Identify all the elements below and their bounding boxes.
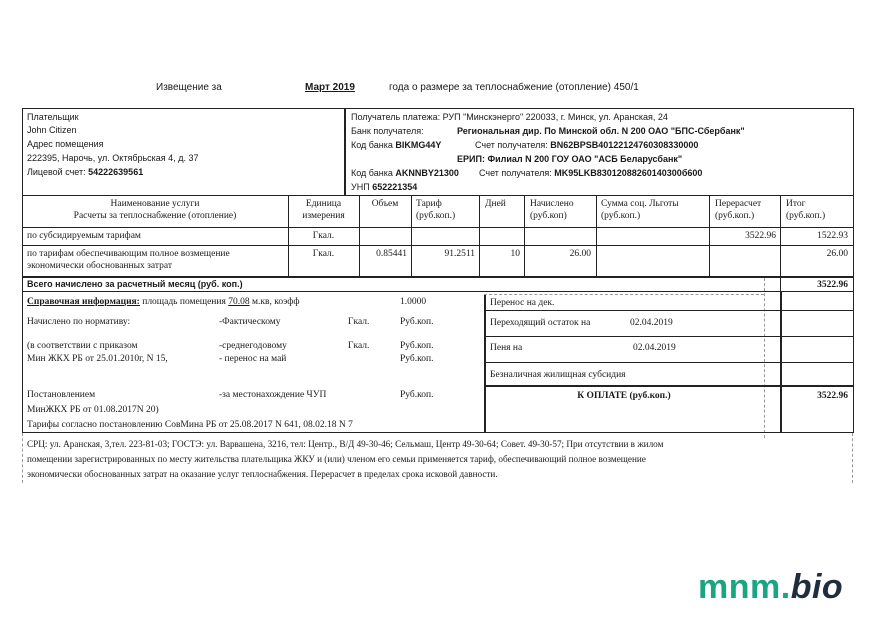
carryover-date: 02.04.2019 — [630, 317, 673, 329]
watermark-logo: mnm.bio — [698, 568, 843, 607]
recipient-line: Получатель платежа: РУП "Минскэнерго" 22… — [351, 111, 668, 124]
penalty-label: Пеня на — [490, 342, 522, 354]
row2-volume: 0.85441 — [359, 248, 407, 260]
transfer-may: - перенос на май — [219, 353, 286, 365]
normative-label: Начислено по нормативу: — [27, 316, 130, 328]
footer-line3: экономически обоснованных затрат на оказ… — [27, 468, 498, 480]
recipient-bank-code2-row: Код банка AKNNBY21300 — [351, 167, 459, 180]
transfer-dec: Перенос на дек. — [490, 297, 554, 309]
location-label: -за местонахождение ЧУП — [219, 389, 326, 401]
grand-total-label: Всего начислено за расчетный месяц (руб.… — [27, 278, 243, 291]
col-header-recalc: Перерасчет(руб.коп.) — [715, 198, 761, 222]
row1-total: 1522.93 — [780, 230, 848, 242]
address-label: Адрес помещения — [27, 138, 104, 151]
row2-unit: Гкал. — [288, 248, 359, 260]
recipient-account-label: Счет получателя: — [475, 140, 548, 150]
payer-account: Лицевой счет: 54222639561 — [27, 166, 143, 179]
col-header-tariff: Тариф(руб.коп.) — [416, 198, 455, 222]
recipient-erip: ЕРИП: Филиал N 200 ГОУ ОАО "АСБ Беларусб… — [457, 153, 682, 166]
col-header-total: Итог(руб.коп.) — [786, 198, 825, 222]
to-pay-value: 3522.96 — [780, 390, 848, 402]
recipient-account2-label: Счет получателя: — [479, 168, 552, 178]
footer-line2: помещении зарегистрированных по месту жи… — [27, 453, 646, 465]
unp: 652221354 — [372, 182, 417, 192]
to-pay-label: К ОПЛАТЕ (руб.коп.) — [484, 390, 764, 402]
money2: Руб.коп. — [400, 340, 433, 352]
penalty-date: 02.04.2019 — [633, 342, 676, 354]
payer-account-number: 54222639561 — [88, 167, 143, 177]
order-line2: Мин ЖКХ РБ от 25.01.2010г, N 15, — [27, 353, 168, 365]
col-header-charged: Начислено(руб.коп) — [530, 198, 574, 222]
carryover-label: Переходящий остаток на — [490, 317, 590, 329]
unit2: Гкал. — [348, 340, 369, 352]
footer-line1: СРЦ: ул. Аранская, 3,тел. 223-81-03; ГОС… — [27, 438, 663, 450]
row2-service: по тарифам обеспечивающим полное возмеще… — [27, 248, 230, 272]
row2-tariff: 91.2511 — [411, 248, 475, 260]
notice-month: Март 2019 — [305, 82, 355, 93]
recipient-account2: MK95LKB83012088260140300б600 — [554, 168, 702, 178]
money3: Руб.коп. — [400, 353, 433, 365]
bank-code2: AKNNBY21300 — [395, 168, 459, 178]
logo-part2: bio — [791, 568, 843, 606]
bank-code2-label: Код банка — [351, 168, 393, 178]
avg-label: -среднегодовому — [219, 340, 287, 352]
recipient-bank: Региональная дир. По Минской обл. N 200 … — [457, 125, 745, 138]
recipient-bank-label: Банк получателя: — [351, 125, 424, 138]
col-header-benefit: Сумма соц. Льготы(руб.коп.) — [601, 198, 679, 222]
resolution-line2: МинЖКХ РБ от 01.08.2017N 20) — [27, 404, 159, 416]
row1-service: по субсидируемым тарифам — [27, 230, 141, 242]
payer-account-label: Лицевой счет: — [27, 167, 86, 177]
col-header-service: Наименование услугиРасчеты за теплоснабж… — [22, 198, 288, 222]
row2-days: 10 — [479, 248, 520, 260]
payer-name: John Citizen — [27, 124, 77, 137]
recipient-unp-row: УНП 652221354 — [351, 181, 417, 194]
money4: Руб.коп. — [400, 389, 433, 401]
bank-code-label: Код банка — [351, 140, 393, 150]
logo-part1: mnm. — [698, 568, 791, 606]
coef-value: 1.0000 — [400, 296, 426, 308]
payer-label: Плательщик — [27, 111, 79, 124]
reference-area-line: Справочная информация: площадь помещения… — [27, 296, 299, 308]
row2-total: 26.00 — [780, 248, 848, 260]
unit1: Гкал. — [348, 316, 369, 328]
area-value: 70.08 — [228, 297, 249, 307]
reference-title: Справочная информация: — [27, 297, 140, 307]
resolution-line1: Постановлением — [27, 389, 95, 401]
area-text-pre: площадь помещения — [142, 297, 226, 307]
subsidy-label: Безналичная жилищная субсидия — [490, 369, 626, 381]
tariffs-note: Тарифы согласно постановлению СовМина РБ… — [27, 419, 353, 431]
order-line1: (в соответствии с приказом — [27, 340, 138, 352]
grand-total-value: 3522.96 — [780, 279, 848, 291]
col-header-unit: Единицаизмерения — [288, 198, 359, 222]
notice-label: Извещение за — [156, 82, 222, 93]
col-header-days: Дней — [485, 198, 506, 210]
bank-code: BIKMG44Y — [395, 140, 441, 150]
row1-unit: Гкал. — [288, 230, 359, 242]
row2-charged: 26.00 — [524, 248, 591, 260]
notice-subject: года о размере за теплоснабжение (отопле… — [389, 82, 639, 93]
money1: Руб.коп. — [400, 316, 433, 328]
row1-recalc: 3522.96 — [709, 230, 776, 242]
unp-label: УНП — [351, 182, 370, 192]
payer-address: 222395, Нарочь, ул. Октябрьская 4, д. 37 — [27, 152, 198, 165]
recipient-bank-code-row: Код банка BIKMG44Y — [351, 139, 441, 152]
area-text-post: м.кв, коэфф — [252, 297, 300, 307]
actual-label: -Фактическому — [219, 316, 281, 328]
recipient-account-row: Счет получателя: BN62BPSB401221247603083… — [475, 139, 698, 152]
recipient-account2-row: Счет получателя: MK95LKB8301208826014030… — [479, 167, 702, 180]
recipient-account: BN62BPSB40122124760308330000 — [550, 140, 698, 150]
col-header-volume: Объем — [359, 198, 411, 210]
